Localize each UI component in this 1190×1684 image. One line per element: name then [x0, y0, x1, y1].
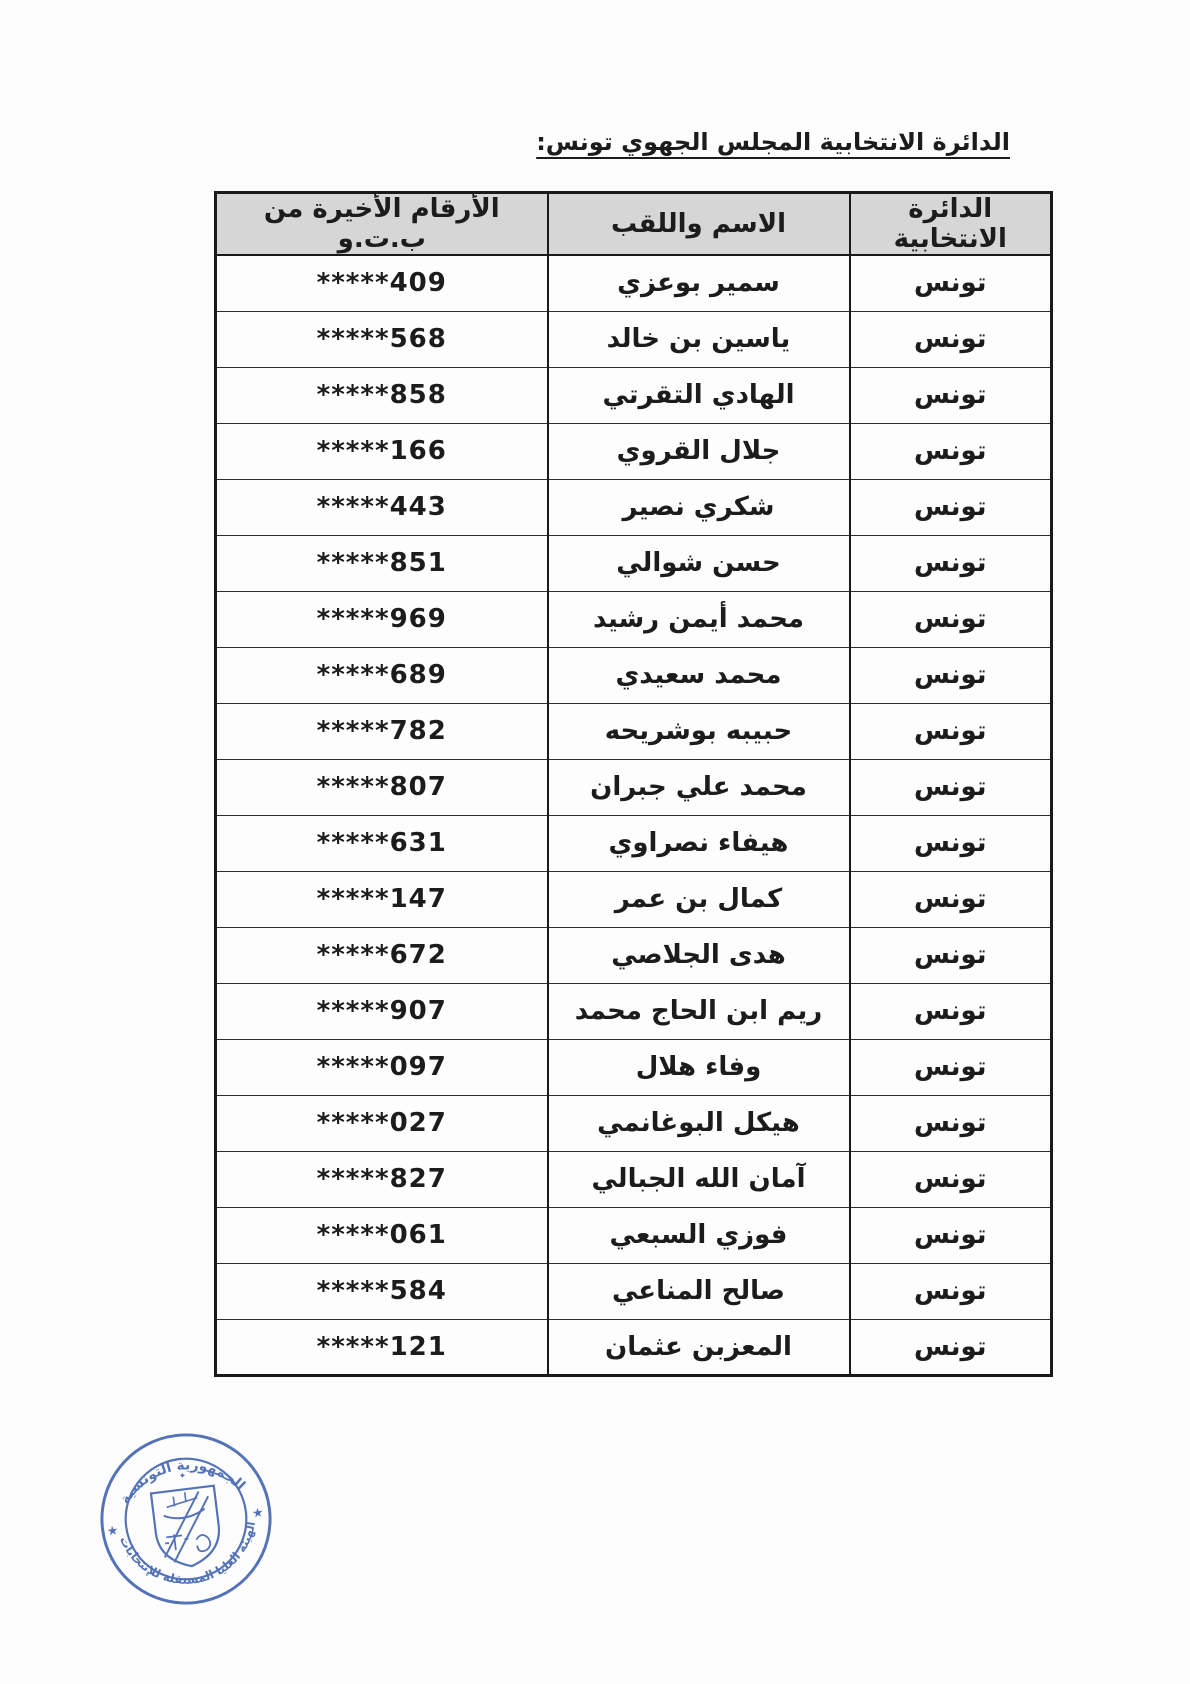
- name-cell: ريم ابن الحاج محمد: [548, 983, 850, 1039]
- district-cell: تونس: [850, 647, 1052, 703]
- name-cell: محمد أيمن رشيد: [548, 591, 850, 647]
- header-id-digits-column: الأرقام الأخيرة من ب.ت.و: [216, 193, 548, 256]
- district-cell: تونس: [850, 983, 1052, 1039]
- table-row: تونس محمد أيمن رشيد *****969: [216, 591, 1052, 647]
- id-digits-cell: *****166: [216, 423, 548, 479]
- id-digits-cell: *****969: [216, 591, 548, 647]
- table-body: تونس سمير بوعزي *****409 تونس ياسين بن خ…: [216, 255, 1052, 1375]
- id-digits-cell: *****827: [216, 1151, 548, 1207]
- name-cell: فوزي السبعي: [548, 1207, 850, 1263]
- district-cell: تونس: [850, 423, 1052, 479]
- name-cell: محمد سعيدي: [548, 647, 850, 703]
- id-digits-cell: *****851: [216, 535, 548, 591]
- id-digits-cell: *****409: [216, 255, 548, 311]
- table-row: تونس محمد علي جبران *****807: [216, 759, 1052, 815]
- table-row: تونس سمير بوعزي *****409: [216, 255, 1052, 311]
- name-cell: صالح المناعي: [548, 1263, 850, 1319]
- district-cell: تونس: [850, 479, 1052, 535]
- table-row: تونس ريم ابن الحاج محمد *****907: [216, 983, 1052, 1039]
- district-cell: تونس: [850, 759, 1052, 815]
- id-digits-cell: *****121: [216, 1319, 548, 1375]
- name-cell: سمير بوعزي: [548, 255, 850, 311]
- district-cell: تونس: [850, 1151, 1052, 1207]
- id-digits-cell: *****807: [216, 759, 548, 815]
- table-row: تونس محمد سعيدي *****689: [216, 647, 1052, 703]
- name-cell: جلال القروي: [548, 423, 850, 479]
- table-row: تونس الهادي التقرتي *****858: [216, 367, 1052, 423]
- table-row: تونس جلال القروي *****166: [216, 423, 1052, 479]
- district-cell: تونس: [850, 871, 1052, 927]
- name-cell: حبيبه بوشريحه: [548, 703, 850, 759]
- district-cell: تونس: [850, 1039, 1052, 1095]
- name-cell: هيكل البوغانمي: [548, 1095, 850, 1151]
- stamp-left-star-icon: ★: [106, 1523, 119, 1539]
- id-digits-cell: *****584: [216, 1263, 548, 1319]
- id-digits-cell: *****689: [216, 647, 548, 703]
- table-row: تونس المعزبن عثمان *****121: [216, 1319, 1052, 1375]
- district-cell: تونس: [850, 1095, 1052, 1151]
- name-cell: هيفاء نصراوي: [548, 815, 850, 871]
- district-cell: تونس: [850, 591, 1052, 647]
- district-cell: تونس: [850, 815, 1052, 871]
- document-title: الدائرة الانتخابية المجلس الجهوي تونس:: [536, 128, 1010, 156]
- table-row: تونس صالح المناعي *****584: [216, 1263, 1052, 1319]
- id-digits-cell: *****782: [216, 703, 548, 759]
- name-cell: كمال بن عمر: [548, 871, 850, 927]
- name-cell: آمان الله الجبالي: [548, 1151, 850, 1207]
- name-cell: المعزبن عثمان: [548, 1319, 850, 1375]
- district-cell: تونس: [850, 367, 1052, 423]
- district-cell: تونس: [850, 703, 1052, 759]
- header-name-column: الاسم واللقب: [548, 193, 850, 256]
- stamp-right-star-icon: ★: [251, 1505, 264, 1521]
- name-cell: الهادي التقرتي: [548, 367, 850, 423]
- district-cell: تونس: [850, 255, 1052, 311]
- id-digits-cell: *****027: [216, 1095, 548, 1151]
- table-row: تونس هدى الجلاصي *****672: [216, 927, 1052, 983]
- electoral-roll-table: الدائرة الانتخابية الاسم واللقب الأرقام …: [214, 191, 1053, 1377]
- id-digits-cell: *****568: [216, 311, 548, 367]
- id-digits-cell: *****631: [216, 815, 548, 871]
- scanned-document-page: الدائرة الانتخابية المجلس الجهوي تونس: ا…: [0, 0, 1190, 1684]
- district-cell: تونس: [850, 1263, 1052, 1319]
- table-row: تونس حسن شوالي *****851: [216, 535, 1052, 591]
- district-cell: تونس: [850, 535, 1052, 591]
- id-digits-cell: *****907: [216, 983, 548, 1039]
- table-row: تونس هيفاء نصراوي *****631: [216, 815, 1052, 871]
- id-digits-cell: *****443: [216, 479, 548, 535]
- table-row: تونس حبيبه بوشريحه *****782: [216, 703, 1052, 759]
- id-digits-cell: *****858: [216, 367, 548, 423]
- table-row: تونس ياسين بن خالد *****568: [216, 311, 1052, 367]
- table-row: تونس فوزي السبعي *****061: [216, 1207, 1052, 1263]
- id-digits-cell: *****061: [216, 1207, 548, 1263]
- name-cell: حسن شوالي: [548, 535, 850, 591]
- name-cell: ياسين بن خالد: [548, 311, 850, 367]
- name-cell: محمد علي جبران: [548, 759, 850, 815]
- table-row: تونس شكري نصير *****443: [216, 479, 1052, 535]
- id-digits-cell: *****097: [216, 1039, 548, 1095]
- table-row: تونس آمان الله الجبالي *****827: [216, 1151, 1052, 1207]
- table-header-row: الدائرة الانتخابية الاسم واللقب الأرقام …: [216, 193, 1052, 256]
- name-cell: شكري نصير: [548, 479, 850, 535]
- header-district-column: الدائرة الانتخابية: [850, 193, 1052, 256]
- official-stamp: الجمهورية التونسية الهيئة العليا المستقل…: [97, 1430, 275, 1608]
- name-cell: هدى الجلاصي: [548, 927, 850, 983]
- district-cell: تونس: [850, 1319, 1052, 1375]
- shield-icon: [151, 1486, 223, 1570]
- table-header: الدائرة الانتخابية الاسم واللقب الأرقام …: [216, 193, 1052, 256]
- name-cell: وفاء هلال: [548, 1039, 850, 1095]
- district-cell: تونس: [850, 1207, 1052, 1263]
- table-row: تونس وفاء هلال *****097: [216, 1039, 1052, 1095]
- table-row: تونس كمال بن عمر *****147: [216, 871, 1052, 927]
- id-digits-cell: *****672: [216, 927, 548, 983]
- id-digits-cell: *****147: [216, 871, 548, 927]
- district-cell: تونس: [850, 927, 1052, 983]
- district-cell: تونس: [850, 311, 1052, 367]
- table-row: تونس هيكل البوغانمي *****027: [216, 1095, 1052, 1151]
